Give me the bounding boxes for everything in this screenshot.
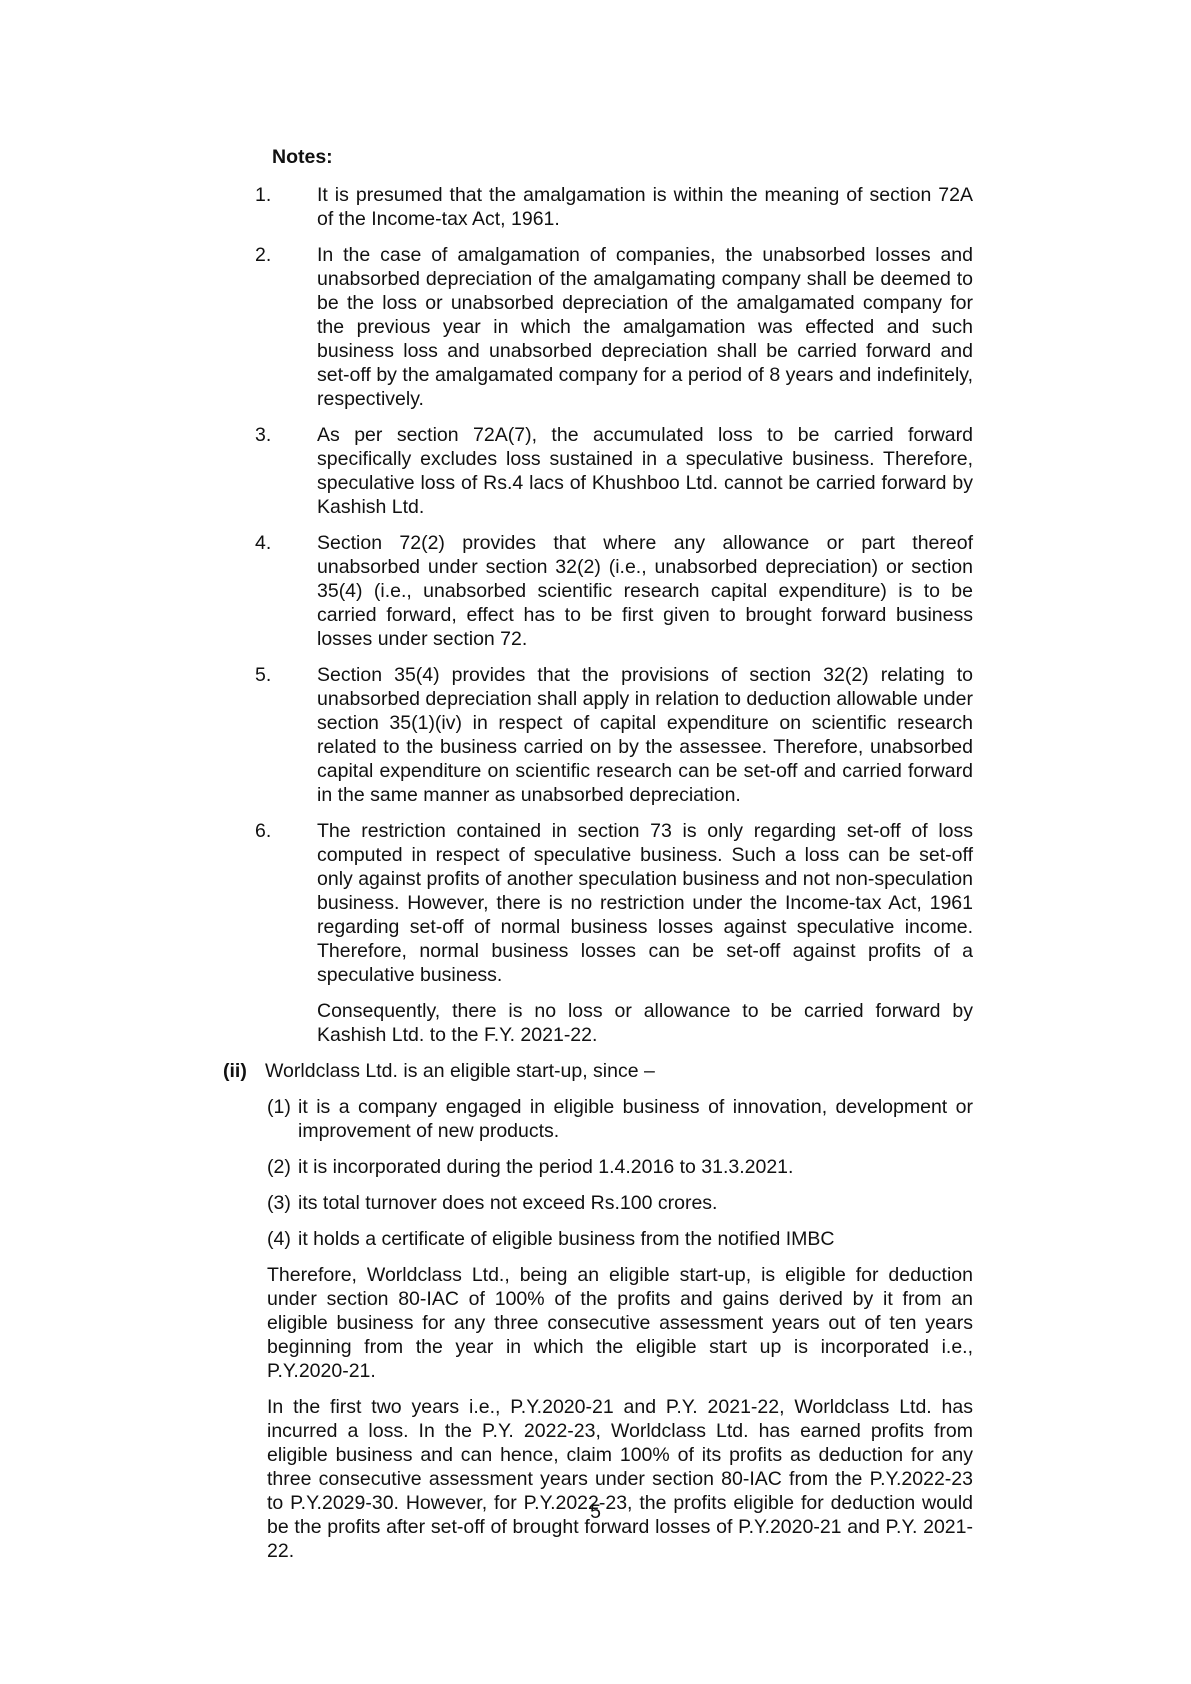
part-ii-body: Worldclass Ltd. is an eligible start-up,… [265,1059,973,1575]
part-ii-paragraph-2: In the first two years i.e., P.Y.2020-21… [267,1395,973,1563]
condition-item-3: (3) its total turnover does not exceed R… [267,1191,973,1215]
note-number: 5. [255,663,317,807]
condition-text: it holds a certificate of eligible busin… [298,1227,973,1251]
condition-text: it is incorporated during the period 1.4… [298,1155,973,1179]
part-ii-label: (ii) [223,1059,265,1575]
page-number: 5 [0,1500,1191,1524]
part-ii-section: (ii) Worldclass Ltd. is an eligible star… [223,1059,973,1575]
note-item-1: 1. It is presumed that the amalgamation … [255,183,973,231]
condition-item-4: (4) it holds a certificate of eligible b… [267,1227,973,1251]
note-text: In the case of amalgamation of companies… [317,243,973,411]
note-item-3: 3. As per section 72A(7), the accumulate… [255,423,973,519]
condition-item-2: (2) it is incorporated during the period… [267,1155,973,1179]
note-number: 3. [255,423,317,519]
note-item-5: 5. Section 35(4) provides that the provi… [255,663,973,807]
condition-text: it is a company engaged in eligible busi… [298,1095,973,1143]
note-number: 1. [255,183,317,231]
part-ii-paragraph-1: Therefore, Worldclass Ltd., being an eli… [267,1263,973,1383]
note-text: It is presumed that the amalgamation is … [317,183,973,231]
condition-item-1: (1) it is a company engaged in eligible … [267,1095,973,1143]
note-number: 4. [255,531,317,651]
note-text: Section 35(4) provides that the provisio… [317,663,973,807]
note-text: The restriction contained in section 73 … [317,819,973,987]
part-ii-intro: Worldclass Ltd. is an eligible start-up,… [265,1059,973,1083]
document-content: Notes: 1. It is presumed that the amalga… [0,0,1191,1575]
condition-number: (2) [267,1155,298,1179]
note-text: Section 72(2) provides that where any al… [317,531,973,651]
note-number: 6. [255,819,317,987]
condition-number: (1) [267,1095,298,1143]
note-item-6: 6. The restriction contained in section … [255,819,973,987]
condition-number: (3) [267,1191,298,1215]
notes-heading: Notes: [272,145,1191,169]
condition-text: its total turnover does not exceed Rs.10… [298,1191,973,1215]
note-text: As per section 72A(7), the accumulated l… [317,423,973,519]
note-item-4: 4. Section 72(2) provides that where any… [255,531,973,651]
note-number: 2. [255,243,317,411]
document-page: Notes: 1. It is presumed that the amalga… [0,0,1191,1684]
notes-closing-paragraph: Consequently, there is no loss or allowa… [317,999,973,1047]
condition-number: (4) [267,1227,298,1251]
note-item-2: 2. In the case of amalgamation of compan… [255,243,973,411]
